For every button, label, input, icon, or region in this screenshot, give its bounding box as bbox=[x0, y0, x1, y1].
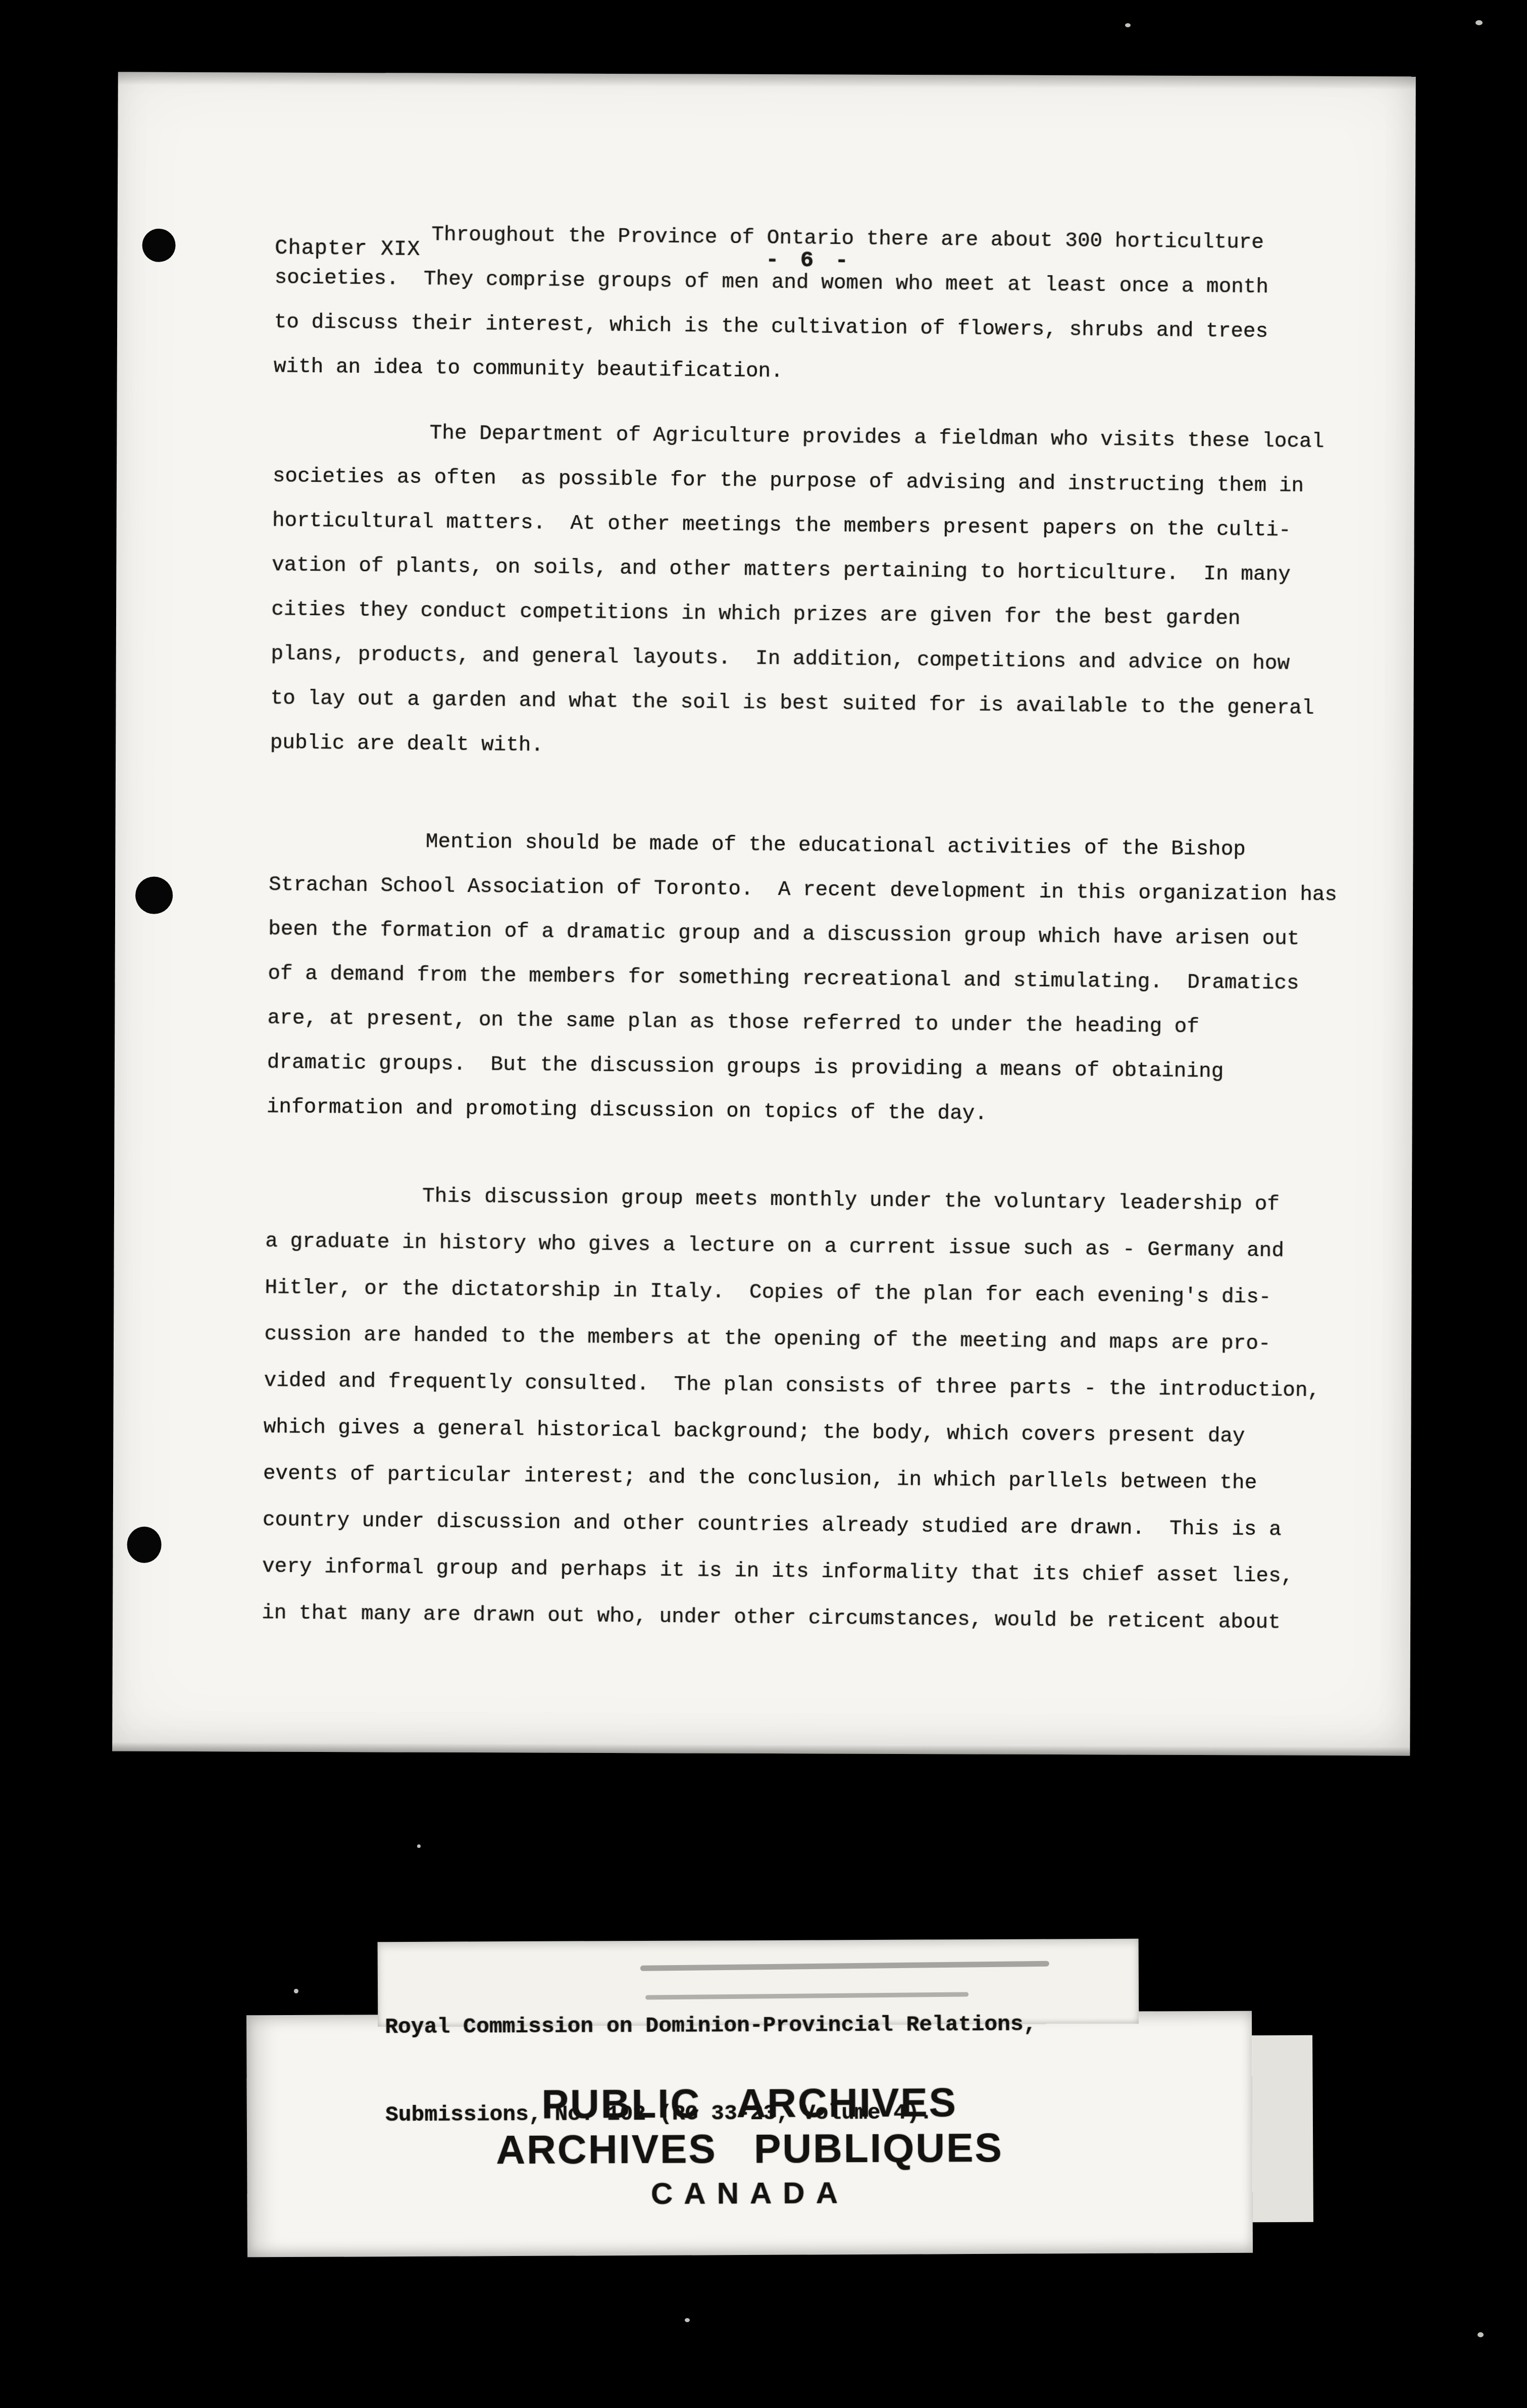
paragraph: Throughout the Province of Ontario there… bbox=[274, 211, 1386, 399]
film-speck bbox=[685, 2318, 690, 2322]
archival-reference-line2: Submissions, No. 102 (RG 33-23, Volume 4… bbox=[385, 2097, 1133, 2130]
typewritten-text-layer: Chapter XIX - 6 - Throughout the Provinc… bbox=[103, 71, 1417, 1763]
film-speck bbox=[1478, 2332, 1484, 2337]
archival-reference-line1: Royal Commission on Dominion-Provincial … bbox=[385, 2010, 1132, 2042]
body-text: Throughout the Province of Ontario there… bbox=[261, 73, 1388, 1763]
text-line: in that many are drawn out who, under ot… bbox=[262, 1590, 1373, 1647]
paragraph: The Department of Agriculture provides a… bbox=[270, 410, 1384, 776]
paragraph: This discussion group meets monthly unde… bbox=[262, 1172, 1377, 1647]
film-speck bbox=[294, 1989, 298, 1993]
film-speck bbox=[1125, 23, 1131, 27]
label-backing-paper bbox=[1247, 2035, 1313, 2223]
document-page: Chapter XIX - 6 - Throughout the Provinc… bbox=[112, 72, 1416, 1756]
archival-reference-text: Royal Commission on Dominion-Provincial … bbox=[385, 1951, 1133, 2188]
film-speck bbox=[1475, 20, 1483, 25]
page-background: { "page": { "chapter": "Chapter XIX", "p… bbox=[0, 0, 1527, 2408]
archival-reference-label: Royal Commission on Dominion-Provincial … bbox=[378, 1939, 1139, 2027]
paragraph: Mention should be made of the educationa… bbox=[267, 818, 1381, 1140]
film-speck bbox=[417, 1844, 421, 1848]
